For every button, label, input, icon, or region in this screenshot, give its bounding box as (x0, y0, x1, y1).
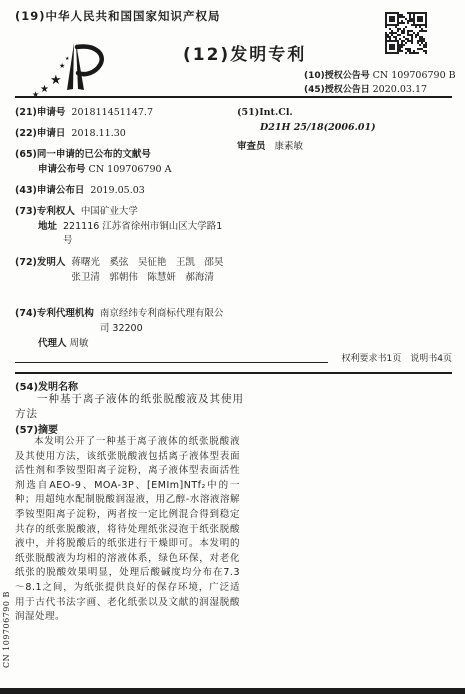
field-value: CN 109706790 A (89, 164, 172, 175)
prior-publication-number: 申请公布号 CN 109706790 A (38, 163, 239, 178)
abstract-text: 本发明公开了一种基于离子液体的纸张脱酸液及其使用方法，该纸张脱酸液包括离子液体型… (15, 435, 240, 625)
svg-text:★: ★ (50, 73, 62, 88)
field-sublabel: 地址 (38, 220, 57, 249)
int-cl-value: D21H 25/18(2006.01) (260, 121, 451, 136)
qr-code (385, 12, 427, 58)
field-label: (21)申请号 (15, 106, 65, 121)
filing-date-field: (22)申请日 2018.11.30 (15, 127, 239, 142)
svg-text:★: ★ (65, 56, 70, 62)
document-type-title: (12)发明专利 (183, 40, 306, 65)
field-label: 审查员 (237, 141, 266, 152)
issuing-office-title: (19)中华人民共和国国家知识产权局 (15, 8, 221, 24)
publication-date-field: (43)申请公布日 2019.05.03 (15, 184, 239, 199)
field-value: 201811451147.7 (71, 106, 153, 121)
examiner-name: 康素敏 (275, 141, 304, 152)
invention-title-label: (54)发明名称 (15, 378, 78, 393)
field-label: (72)发明人 (15, 256, 65, 285)
grant-publication-date: (45)授权公告日 2020.03.17 (304, 82, 427, 95)
svg-text:★: ★ (59, 62, 65, 70)
inventors-field: (72)发明人 蒋曙光 奚弦 吴征艳 王凯 邵昊 张卫清 郭朝伟 陈慧妍 郝海清 (15, 256, 239, 285)
field-label: (65)同一申请的已公布的文献号 (15, 148, 239, 163)
application-number-field: (21)申请号 201811451147.7 (15, 106, 239, 121)
prior-publication-field: (65)同一申请的已公布的文献号 申请公布号 CN 109706790 A (15, 148, 239, 177)
grant-publication-number: (10)授权公告号 CN 109706790 B (304, 68, 456, 81)
patentee-field: (73)专利权人 中国矿业大学 地址 221116 江苏省徐州市铜山区大学路1号 (15, 205, 239, 249)
field-label: (22)申请日 (15, 127, 65, 142)
thin-divider (15, 362, 328, 363)
pages-note-row: 权利要求书1页 说明书4页 (15, 344, 452, 364)
patentee-name: 中国矿业大学 (81, 205, 138, 220)
side-publication-number: CN 109706790 B (2, 592, 11, 668)
section-divider (15, 372, 452, 374)
pages-note: 权利要求书1页 说明书4页 (342, 351, 452, 364)
field-sublabel: 申请公布号 (38, 164, 86, 175)
field-label: (51)Int.Cl. (237, 106, 451, 121)
cnipa-logo-icon: ★ ★ ★ ★ ★ (28, 40, 113, 102)
grant-number-value: CN 109706790 B (373, 70, 456, 81)
field-value: 2019.05.03 (90, 184, 144, 199)
invention-title: 一种基于离子液体的纸张脱酸液及其使用方法 (15, 392, 253, 422)
bottom-bar (0, 688, 465, 694)
examiner-field: 审查员 康素敏 (237, 140, 451, 155)
field-label: (74)专利代理机构 (15, 307, 94, 336)
agency-name: 南京经纬专利商标代理有限公司 32200 (100, 307, 228, 336)
field-label: (43)申请公布日 (15, 184, 84, 199)
inventors-list: 蒋曙光 奚弦 吴征艳 王凯 邵昊 张卫清 郭朝伟 陈慧妍 郝海清 (71, 256, 223, 285)
grant-date-value: 2020.03.17 (373, 84, 427, 95)
patentee-address: 地址 221116 江苏省徐州市铜山区大学路1号 (38, 220, 239, 249)
int-cl-field: (51)Int.Cl. D21H 25/18(2006.01) (237, 106, 451, 135)
grant-date-label: (45)授权公告日 (304, 85, 370, 95)
header-divider (15, 96, 452, 98)
field-label: (73)专利权人 (15, 205, 75, 220)
abstract-label: (57)摘要 (15, 421, 58, 436)
svg-text:★: ★ (40, 84, 49, 95)
patent-front-page: (19)中华人民共和国国家知识产权局 ★ ★ ★ ★ ★ (12)发明专利 (0, 0, 465, 697)
grant-number-label: (10)授权公告号 (304, 71, 370, 81)
address-value: 221116 江苏省徐州市铜山区大学路1号 (63, 220, 225, 249)
field-value: 2018.11.30 (71, 127, 125, 142)
